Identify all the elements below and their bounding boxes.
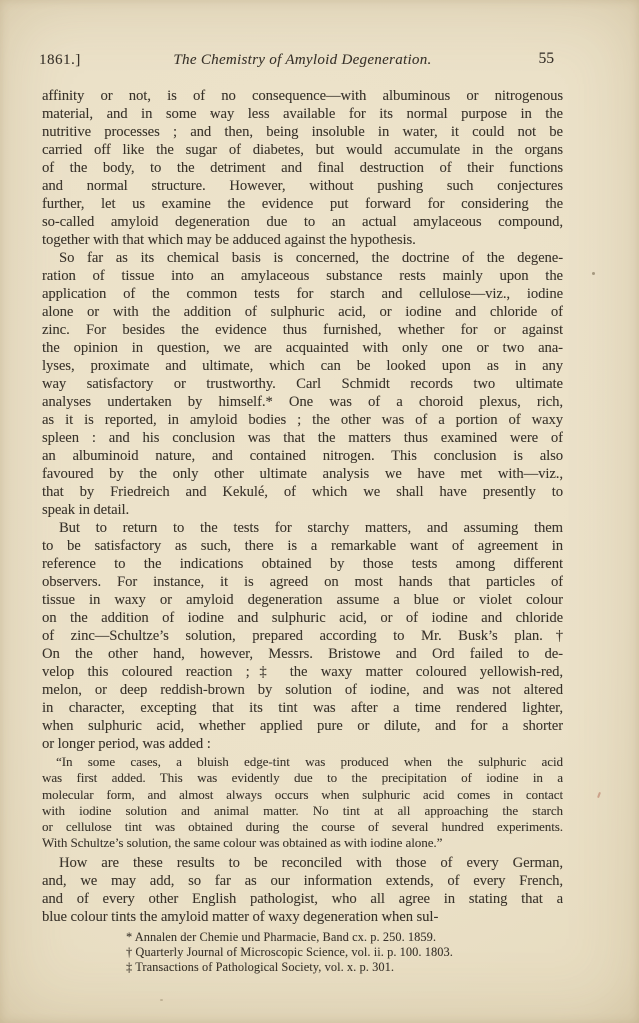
body-paragraph: affinity or not, is of no consequence—wi… — [42, 87, 563, 249]
text-line: But to return to the tests for starchy m… — [42, 519, 563, 537]
text-line: further, let us examine the evidence put… — [42, 195, 563, 213]
text-line: velop this coloured reaction ;‡ the waxy… — [42, 663, 563, 681]
text-line: the opinion in question, we are acquaint… — [42, 339, 563, 357]
footnotes: * Annalen der Chemie und Pharmacie, Band… — [42, 930, 563, 975]
text-line: and, we may add, so far as our informati… — [42, 872, 563, 890]
text-block: affinity or not, is of no consequence—wi… — [42, 87, 563, 975]
text-line: speak in detail. — [42, 501, 563, 519]
text-line: tissue in waxy or amyloid degeneration a… — [42, 591, 563, 609]
text-line: blue colour tints the amyloid matter of … — [42, 908, 563, 926]
paragraphs-container: affinity or not, is of no consequence—wi… — [42, 87, 563, 926]
text-line: or cellulose tint was obtained during th… — [42, 819, 563, 835]
body-paragraph: But to return to the tests for starchy m… — [42, 519, 563, 753]
text-line: to be satisfactory as such, there is a r… — [42, 537, 563, 555]
block-quote-paragraph: “In some cases, a bluish edge-tint was p… — [42, 754, 563, 852]
text-line: “In some cases, a bluish edge-tint was p… — [42, 754, 563, 770]
paper-speck — [597, 792, 601, 798]
text-line: of zinc—Schultze’s solution, prepared ac… — [42, 627, 563, 645]
text-line: was first added. This was evidently due … — [42, 770, 563, 786]
text-line: How are these results to be reconciled w… — [42, 854, 563, 872]
text-line: affinity or not, is of no consequence—wi… — [42, 87, 563, 105]
body-paragraph: How are these results to be reconciled w… — [42, 854, 563, 926]
text-line: application of the common tests for star… — [42, 285, 563, 303]
footnote-line: * Annalen der Chemie und Pharmacie, Band… — [126, 930, 563, 945]
text-line: ration of tissue into an amylaceous subs… — [42, 267, 563, 285]
text-line: or longer period, was added : — [42, 735, 563, 753]
text-line: lyses, proximate and ultimate, which can… — [42, 357, 563, 375]
text-line: on the addition of iodine and sulphuric … — [42, 609, 563, 627]
text-line: nutritive processes ; and then, being in… — [42, 123, 563, 141]
footnote-line: † Quarterly Journal of Microscopic Scien… — [126, 945, 563, 960]
text-line: So far as its chemical basis is concerne… — [42, 249, 563, 267]
header-page-number: 55 — [539, 50, 555, 68]
text-line: reference to the indications obtained by… — [42, 555, 563, 573]
text-line: an albuminoid nature, and contained nitr… — [42, 447, 563, 465]
text-line: favoured by the only other ultimate anal… — [42, 465, 563, 483]
text-line: carried off like the sugar of diabetes, … — [42, 141, 563, 159]
text-line: analyses undertaken by himself.* One was… — [42, 393, 563, 411]
text-line: molecular form, and almost always occurs… — [42, 787, 563, 803]
footnote-line: ‡ Transactions of Pathological Society, … — [126, 960, 563, 975]
paper-speck — [160, 999, 163, 1001]
body-paragraph: So far as its chemical basis is concerne… — [42, 249, 563, 519]
text-line: observers. For instance, it is agreed on… — [42, 573, 563, 591]
text-line: and of every other English pathologist, … — [42, 890, 563, 908]
text-line: so-called amyloid degeneration due to an… — [42, 213, 563, 231]
text-line: melon, or deep reddish-brown by solution… — [42, 681, 563, 699]
page-header: 1861.] The Chemistry of Amyloid Degenera… — [42, 52, 563, 72]
text-line: that by Friedreich and Kekulé, of which … — [42, 483, 563, 501]
text-line: spleen : and his conclusion was that the… — [42, 429, 563, 447]
text-line: together with that which may be adduced … — [42, 231, 563, 249]
text-line: of the body, to the detriment and final … — [42, 159, 563, 177]
text-line: On the other hand, however, Messrs. Bris… — [42, 645, 563, 663]
paper-speck — [592, 272, 595, 275]
text-line: alone or with the addition of sulphuric … — [42, 303, 563, 321]
text-line: with iodine solution and animal matter. … — [42, 803, 563, 819]
scanned-journal-page: 1861.] The Chemistry of Amyloid Degenera… — [0, 0, 639, 1023]
text-line: as it is reported, in amyloid bodies ; t… — [42, 411, 563, 429]
text-line: and normal structure. However, without p… — [42, 177, 563, 195]
text-line: in character, excepting that its tint wa… — [42, 699, 563, 717]
header-running-title: The Chemistry of Amyloid Degeneration. — [42, 52, 563, 69]
text-line: when sulphuric acid, whether applied pur… — [42, 717, 563, 735]
text-line: With Schultze’s solution, the same colou… — [42, 835, 563, 851]
text-line: zinc. For besides the evidence thus furn… — [42, 321, 563, 339]
text-line: way satisfactory or trustworthy. Carl Sc… — [42, 375, 563, 393]
text-line: material, and in some way less available… — [42, 105, 563, 123]
